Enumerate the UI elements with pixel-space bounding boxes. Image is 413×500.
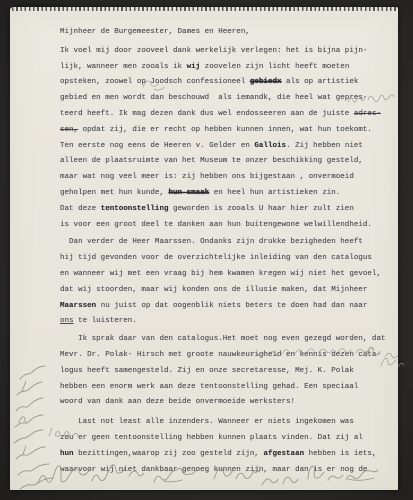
- typed-line: maar wat nog veel meer is: zij hebben on…: [60, 170, 394, 186]
- typed-text: Mijnheer de Burgemeester, Dames en Heere…: [60, 25, 394, 478]
- typed-line: en wanneer wij met een vraag bij hem kwa…: [60, 267, 394, 283]
- typed-line: hij tijd gevonden voor de overzichtelijk…: [60, 251, 394, 267]
- typed-line: logus heeft samengesteld. Zij en onze se…: [60, 364, 394, 380]
- torn-perforated-edge: [12, 7, 396, 11]
- typed-line: opsteken, zoowel op Joodsch confessionee…: [60, 75, 394, 91]
- typed-line: ons te luisteren.: [60, 314, 394, 330]
- typed-line: Mevr. Dr. Polak- Hirsch met groote nauwk…: [60, 348, 394, 364]
- typed-line: Ik voel mij door zooveel dank werkelijk …: [60, 44, 394, 60]
- typed-line: geholpen met hun kunde, hun smaak en hee…: [60, 186, 394, 202]
- typed-line: Ten eerste nog eens de Heeren v. Gelder …: [60, 139, 394, 155]
- typed-line: hun bezittingen,waarop zij zoo gesteld z…: [60, 447, 394, 463]
- pencil-annotation-left-margin: [10, 363, 62, 493]
- typed-line: waarvoor wij niet dankbaar genoeg kunnen…: [60, 463, 394, 479]
- typed-line: Last not least alle inzenders. Wanneer e…: [60, 415, 394, 431]
- typed-line: hebben een enorm werk aan deze tentoonst…: [60, 380, 394, 396]
- typed-line: gebied en men wordt dan beschouwd als ie…: [60, 91, 394, 107]
- typed-line: Dan verder de Heer Maarssen. Ondanks zij…: [60, 235, 394, 251]
- typed-line: Ik sprak daar van den catalogus.Het moet…: [60, 332, 394, 348]
- typed-line: alleen de plaatsruimte van het Museum te…: [60, 154, 394, 170]
- typed-line: is voor een groot deel te danken aan hun…: [60, 218, 394, 234]
- typed-line: sen, opdat zij, die er recht op hebben k…: [60, 123, 394, 139]
- typed-line: Maarssen nu juist op dat oogenblik niets…: [60, 299, 394, 315]
- typed-line: Mijnheer de Burgemeester, Dames en Heere…: [60, 25, 394, 41]
- typed-line: Dat deze tentoonstelling geworden is zoo…: [60, 202, 394, 218]
- typed-line: dat wij stoorden, maar wij konden ons de…: [60, 283, 394, 299]
- typed-line: woord van dank aan deze beide onvermoeid…: [60, 395, 394, 411]
- typed-line: teerd heeft. Ik mag dezen dank dus wel e…: [60, 107, 394, 123]
- typewritten-letter-page: Mijnheer de Burgemeester, Dames en Heere…: [10, 7, 398, 490]
- typed-line: lijk, wanneer men zooals ik wij zoovelen…: [60, 60, 394, 76]
- typed-line: zou er geen tentoonstelling hebben kunne…: [60, 431, 394, 447]
